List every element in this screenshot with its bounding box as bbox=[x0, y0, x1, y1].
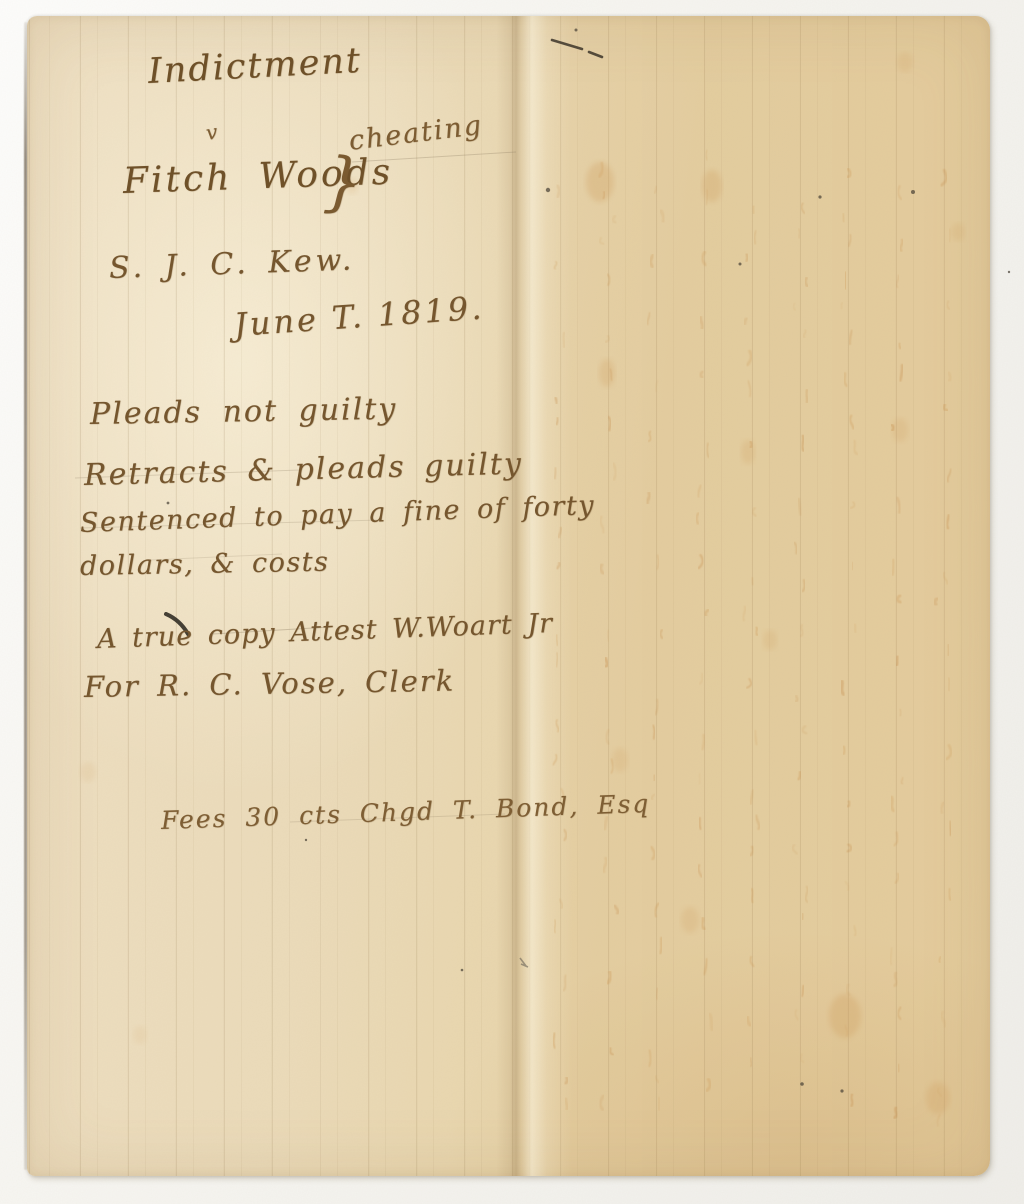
paper-left-edge-shadow bbox=[24, 22, 27, 1170]
attestation-line-2: For R. C. Vose, Clerk bbox=[84, 664, 456, 704]
sentence-line-2: dollars, & costs bbox=[80, 547, 330, 582]
document-scan: Indictment v cheating Fitch Woods } S. J… bbox=[0, 0, 1024, 1204]
defendant-bracket: } bbox=[321, 143, 364, 221]
plea-line-1: Pleads not guilty bbox=[90, 392, 398, 432]
